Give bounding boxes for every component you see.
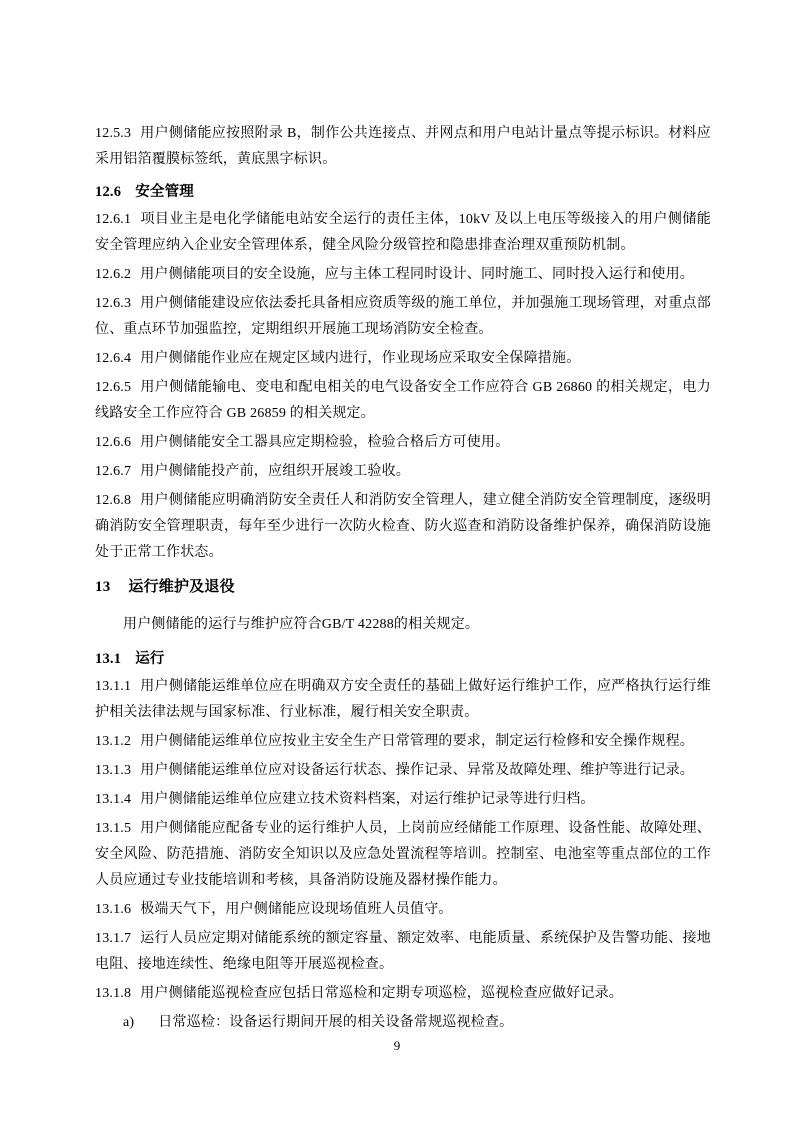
list-marker: a) bbox=[123, 1015, 134, 1030]
clause-text: 用户侧储能项目的安全设施，应与主体工程同时设计、同时施工、同时投入运行和使用。 bbox=[140, 267, 694, 282]
heading-number: 13 bbox=[95, 579, 110, 595]
heading-12-6: 12.6安全管理 bbox=[95, 179, 711, 205]
clause-number: 12.6.4 bbox=[95, 351, 131, 366]
clause-13-1-4: 13.1.4用户侧储能运维单位应建立技术资料档案，对运行维护记录等进行归档。 bbox=[95, 787, 711, 813]
clause-12-5-3: 12.5.3用户侧储能应按照附录 B，制作公共连接点、并网点和用户电站计量点等提… bbox=[95, 121, 711, 173]
heading-13: 13运行维护及退役 bbox=[95, 574, 711, 600]
clause-number: 12.6.6 bbox=[95, 435, 131, 450]
clause-13-1-8: 13.1.8用户侧储能巡视检查应包括日常巡检和定期专项巡检，巡视检查应做好记录。 bbox=[95, 981, 711, 1007]
clause-number: 12.6.8 bbox=[95, 493, 131, 508]
document-page: 12.5.3用户侧储能应按照附录 B，制作公共连接点、并网点和用户电站计量点等提… bbox=[0, 0, 794, 1123]
clause-number: 13.1.5 bbox=[95, 821, 131, 836]
clause-number: 12.6.7 bbox=[95, 464, 131, 479]
document-content: 12.5.3用户侧储能应按照附录 B，制作公共连接点、并网点和用户电站计量点等提… bbox=[95, 121, 711, 1036]
clause-text: 用户侧储能运维单位应按业主安全生产日常管理的要求，制定运行检修和安全操作规程。 bbox=[140, 734, 694, 749]
clause-12-6-6: 12.6.6用户侧储能安全工器具应定期检验，检验合格后方可使用。 bbox=[95, 430, 711, 456]
list-item-text: 日常巡检：设备运行期间开展的相关设备常规巡视检查。 bbox=[158, 1015, 513, 1030]
clause-12-6-2: 12.6.2用户侧储能项目的安全设施，应与主体工程同时设计、同时施工、同时投入运… bbox=[95, 262, 711, 288]
clause-text: 运行人员应定期对储能系统的额定容量、额定效率、电能质量、系统保护及告警功能、接地… bbox=[95, 931, 711, 972]
intro-text: 用户侧储能的运行与维护应符合GB/T 42288的相关规定。 bbox=[123, 617, 479, 632]
page-footer: 9 bbox=[0, 1037, 794, 1055]
clause-number: 12.6.5 bbox=[95, 380, 131, 395]
clause-12-6-8: 12.6.8用户侧储能应明确消防安全责任人和消防安全管理人，建立健全消防安全管理… bbox=[95, 488, 711, 566]
heading-number: 12.6 bbox=[95, 184, 121, 200]
clause-number: 12.6.3 bbox=[95, 296, 131, 311]
clause-13-1-1: 13.1.1用户侧储能运维单位应在明确双方安全责任的基础上做好运行维护工作，应严… bbox=[95, 674, 711, 726]
clause-text: 用户侧储能输电、变电和配电相关的电气设备安全工作应符合 GB 26860 的相关… bbox=[95, 380, 711, 421]
clause-13-1-2: 13.1.2用户侧储能运维单位应按业主安全生产日常管理的要求，制定运行检修和安全… bbox=[95, 729, 711, 755]
clause-13-1-5: 13.1.5用户侧储能应配备专业的运行维护人员，上岗前应经储能工作原理、设备性能… bbox=[95, 816, 711, 894]
clause-13-1-7: 13.1.7运行人员应定期对储能系统的额定容量、额定效率、电能质量、系统保护及告… bbox=[95, 926, 711, 978]
clause-text: 用户侧储能建设应依法委托具备相应资质等级的施工单位，并加强施工现场管理，对重点部… bbox=[95, 296, 711, 337]
clause-12-6-5: 12.6.5用户侧储能输电、变电和配电相关的电气设备安全工作应符合 GB 268… bbox=[95, 375, 711, 427]
clause-text: 用户侧储能运维单位应对设备运行状态、操作记录、异常及故障处理、维护等进行记录。 bbox=[140, 763, 694, 778]
clause-text: 用户侧储能巡视检查应包括日常巡检和定期专项巡检，巡视检查应做好记录。 bbox=[140, 986, 623, 1001]
clause-number: 13.1.3 bbox=[95, 763, 131, 778]
clause-13-1-3: 13.1.3用户侧储能运维单位应对设备运行状态、操作记录、异常及故障处理、维护等… bbox=[95, 758, 711, 784]
clause-number: 13.1.8 bbox=[95, 986, 131, 1001]
heading-13-1: 13.1运行 bbox=[95, 646, 711, 672]
clause-12-6-1: 12.6.1项目业主是电化学储能电站安全运行的责任主体，10kV 及以上电压等级… bbox=[95, 207, 711, 259]
clause-text: 用户侧储能投产前，应组织开展竣工验收。 bbox=[140, 464, 410, 479]
clause-number: 12.6.1 bbox=[95, 212, 131, 227]
list-item-a: a)日常巡检：设备运行期间开展的相关设备常规巡视检查。 bbox=[95, 1010, 711, 1036]
heading-title: 运行 bbox=[135, 651, 164, 667]
heading-title: 安全管理 bbox=[135, 184, 194, 200]
clause-number: 13.1.7 bbox=[95, 931, 131, 946]
clause-number: 12.6.2 bbox=[95, 267, 131, 282]
clause-number: 13.1.6 bbox=[95, 902, 131, 917]
clause-12-6-7: 12.6.7用户侧储能投产前，应组织开展竣工验收。 bbox=[95, 459, 711, 485]
clause-12-6-4: 12.6.4用户侧储能作业应在规定区域内进行，作业现场应采取安全保障措施。 bbox=[95, 346, 711, 372]
clause-text: 用户侧储能作业应在规定区域内进行，作业现场应采取安全保障措施。 bbox=[140, 351, 580, 366]
heading-number: 13.1 bbox=[95, 651, 121, 667]
clause-number: 13.1.4 bbox=[95, 792, 131, 807]
clause-text: 用户侧储能安全工器具应定期检验，检验合格后方可使用。 bbox=[140, 435, 509, 450]
page-number: 9 bbox=[394, 1038, 401, 1053]
clause-12-6-3: 12.6.3用户侧储能建设应依法委托具备相应资质等级的施工单位，并加强施工现场管… bbox=[95, 291, 711, 343]
clause-text: 用户侧储能应明确消防安全责任人和消防安全管理人，建立健全消防安全管理制度，逐级明… bbox=[95, 493, 711, 560]
clause-number: 13.1.1 bbox=[95, 679, 131, 694]
intro-paragraph: 用户侧储能的运行与维护应符合GB/T 42288的相关规定。 bbox=[95, 612, 711, 638]
clause-text: 用户侧储能应配备专业的运行维护人员，上岗前应经储能工作原理、设备性能、故障处理、… bbox=[95, 821, 711, 888]
clause-number: 12.5.3 bbox=[95, 126, 131, 141]
clause-number: 13.1.2 bbox=[95, 734, 131, 749]
clause-text: 用户侧储能运维单位应建立技术资料档案，对运行维护记录等进行归档。 bbox=[140, 792, 594, 807]
clause-13-1-6: 13.1.6极端天气下，用户侧储能应设现场值班人员值守。 bbox=[95, 897, 711, 923]
clause-text: 项目业主是电化学储能电站安全运行的责任主体，10kV 及以上电压等级接入的用户侧… bbox=[95, 212, 711, 253]
clause-text: 用户侧储能运维单位应在明确双方安全责任的基础上做好运行维护工作，应严格执行运行维… bbox=[95, 679, 711, 720]
heading-title: 运行维护及退役 bbox=[128, 579, 234, 595]
clause-text: 用户侧储能应按照附录 B，制作公共连接点、并网点和用户电站计量点等提示标识。材料… bbox=[95, 126, 711, 167]
clause-text: 极端天气下，用户侧储能应设现场值班人员值守。 bbox=[140, 902, 452, 917]
